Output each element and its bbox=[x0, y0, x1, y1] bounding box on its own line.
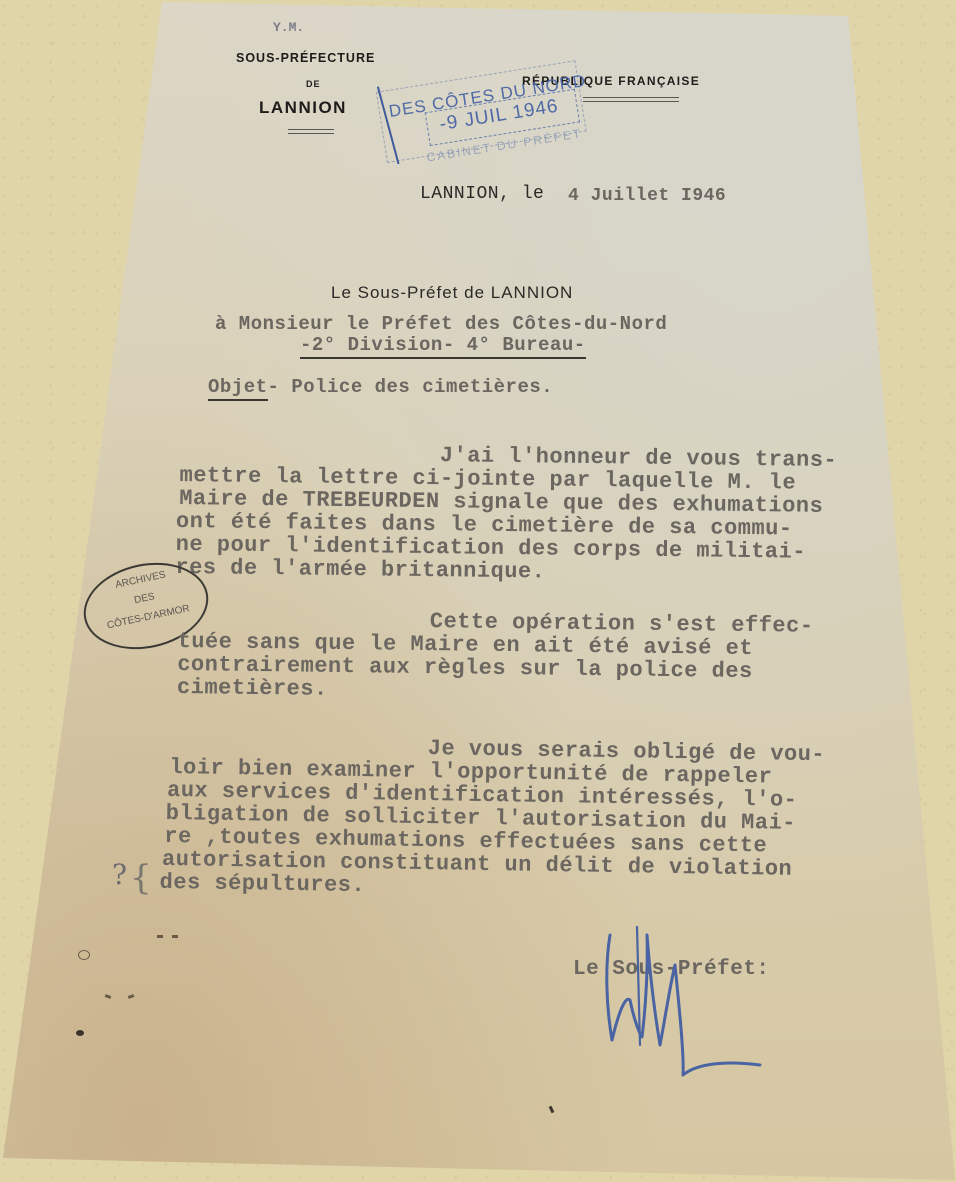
subject-label: Objet bbox=[208, 376, 268, 401]
margin-brace-icon: { bbox=[130, 858, 152, 898]
punch-mark bbox=[172, 935, 178, 938]
text-line: res de l'armée britannique. bbox=[175, 555, 545, 585]
text-line: cimetières. bbox=[177, 675, 328, 702]
ink-speck bbox=[549, 1106, 555, 1114]
letter-page: Y.M. SOUS-PRÉFECTURE DE LANNION RÉPUBLIQ… bbox=[0, 0, 956, 1182]
city-label: LANNION bbox=[259, 98, 347, 118]
punch-mark bbox=[128, 994, 135, 999]
margin-question-mark: ? bbox=[112, 858, 127, 891]
recipient-line2: -2° Division- 4° Bureau- bbox=[300, 334, 586, 359]
dateline-place: LANNION, le bbox=[420, 184, 544, 204]
office-label: SOUS-PRÉFECTURE bbox=[236, 51, 375, 65]
punch-mark bbox=[76, 1030, 84, 1036]
sender: Le Sous-Préfet de LANNION bbox=[331, 283, 573, 303]
punch-mark bbox=[78, 950, 90, 960]
subject-text: - Police des cimetières. bbox=[268, 376, 554, 398]
subject: Objet- Police des cimetières. bbox=[208, 376, 553, 398]
signature-icon bbox=[600, 925, 780, 1095]
received-stamp: DES CÔTES DU NORD -9 JUIL 1946 CABINET D… bbox=[373, 39, 598, 180]
text-line: des sépultures. bbox=[159, 870, 365, 898]
letterhead-rule-right bbox=[583, 97, 679, 102]
letterhead-rule-left bbox=[288, 129, 334, 134]
initials: Y.M. bbox=[273, 20, 304, 35]
de-label: DE bbox=[306, 79, 321, 89]
recipient-line1: à Monsieur le Préfet des Côtes-du-Nord bbox=[215, 313, 667, 335]
punch-mark bbox=[105, 994, 112, 999]
punch-mark bbox=[157, 935, 163, 938]
dateline-date: 4 Juillet I946 bbox=[568, 186, 726, 206]
